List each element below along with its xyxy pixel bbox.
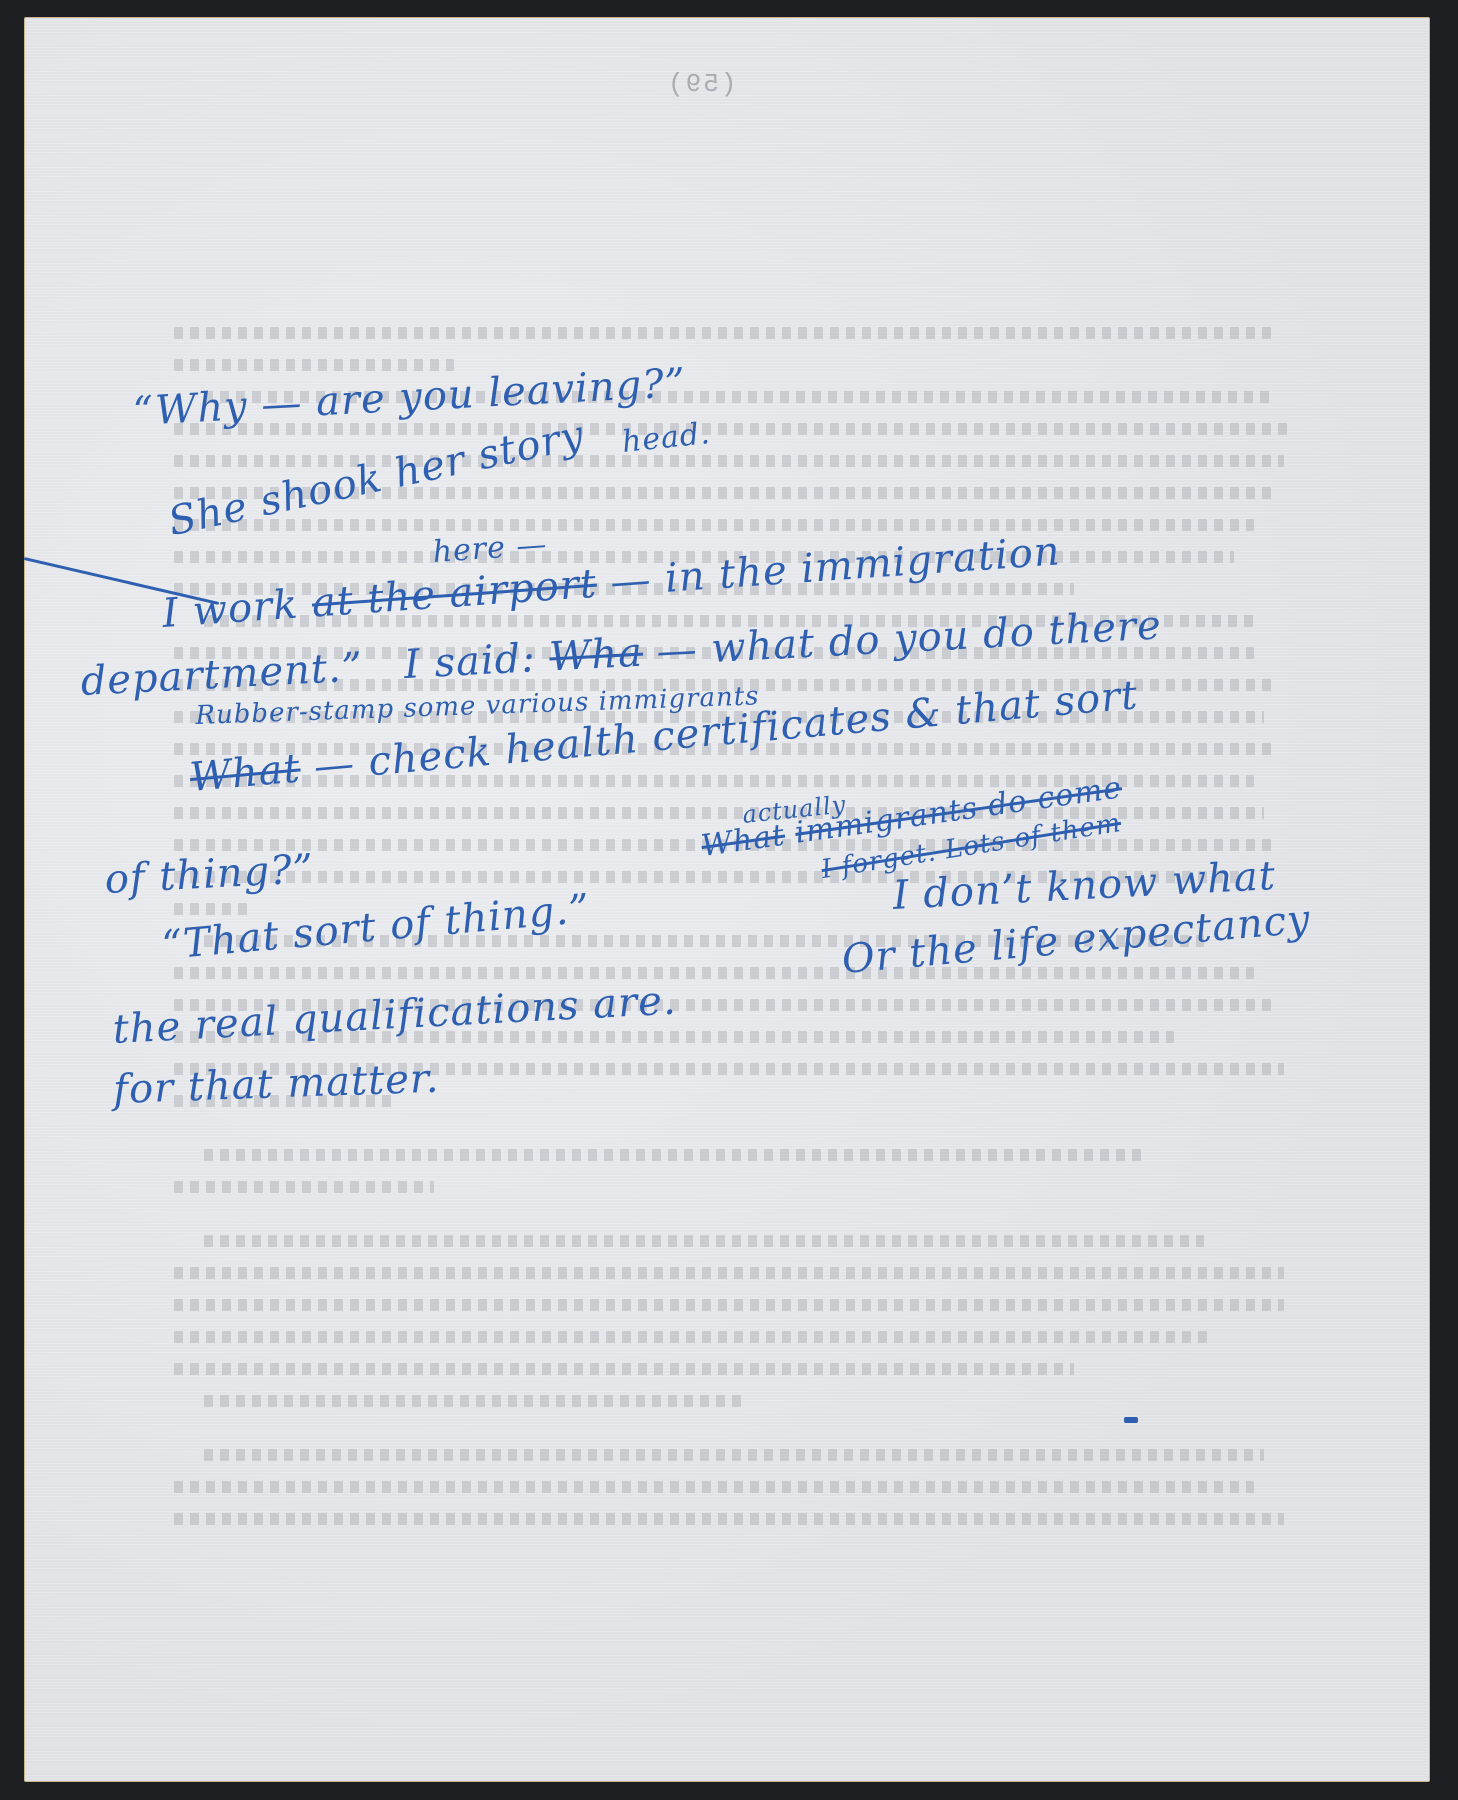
typed-line: [174, 1171, 1304, 1203]
word-work: work: [191, 582, 300, 635]
manuscript-page: (59): [24, 17, 1430, 1782]
typed-line: [174, 1139, 1304, 1171]
page-number: (59): [666, 69, 736, 99]
struck-text: What: [188, 746, 302, 801]
typed-line: [174, 1353, 1304, 1385]
typed-line: [174, 1321, 1304, 1353]
word-i: I: [161, 590, 181, 637]
typed-line: [174, 317, 1304, 349]
struck-text: Wha: [548, 630, 644, 681]
typed-line: [174, 1439, 1304, 1471]
ink-speck: [1124, 1417, 1138, 1423]
typed-line: [174, 349, 1304, 381]
typed-line: [174, 1471, 1304, 1503]
typed-line: [174, 1257, 1304, 1289]
typed-line: [174, 1385, 1304, 1417]
word-i-said: I said:: [403, 635, 537, 688]
typed-line: [174, 509, 1304, 541]
typed-line: [174, 957, 1304, 989]
typed-line: [174, 1503, 1304, 1535]
typed-line: [174, 1289, 1304, 1321]
typed-line: [174, 1225, 1304, 1257]
